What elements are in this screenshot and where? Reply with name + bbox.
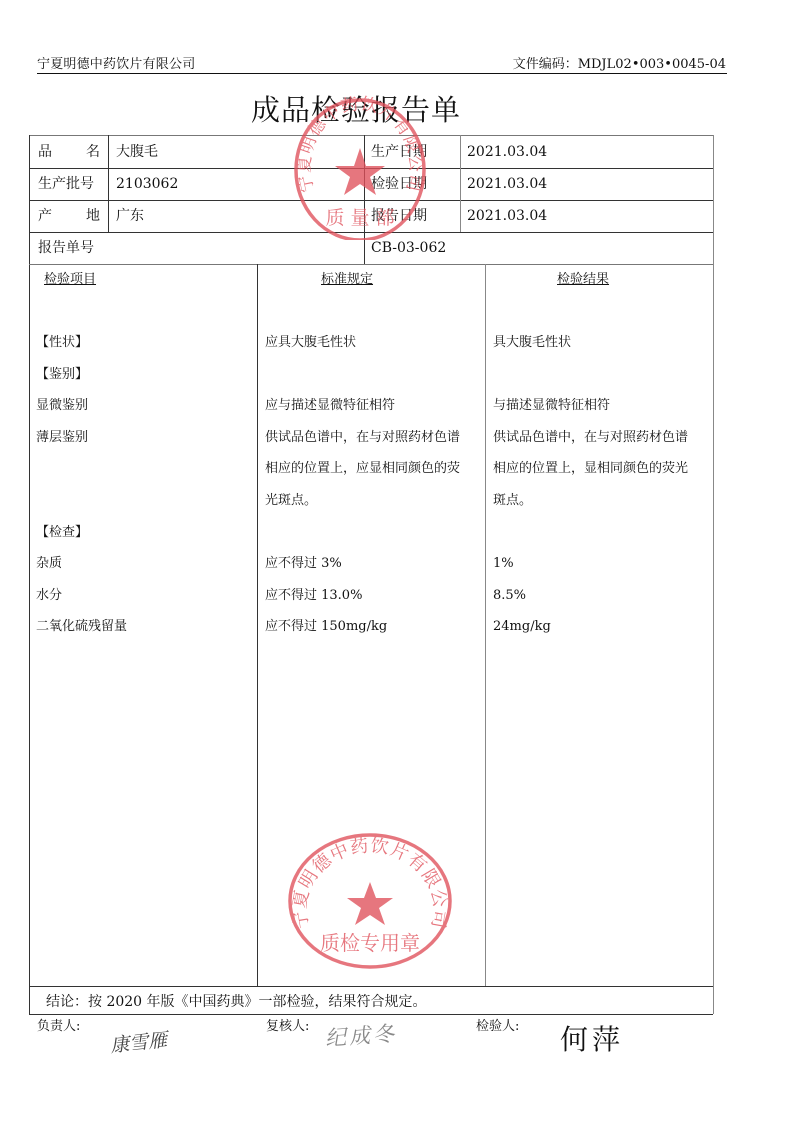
inspector-signature: 何萍 (560, 1018, 624, 1058)
reviewer-signature: 纪成冬 (324, 1018, 398, 1053)
result-row-standard: 应具大腹毛性状 (265, 333, 356, 353)
result-row-result: 8.5% (493, 586, 526, 606)
result-row-standard: 应不得过 3% (265, 554, 342, 574)
page-title: 成品检验报告单 (0, 88, 712, 129)
report-no-label: 报告单号 (38, 238, 94, 258)
batch-value: 2103062 (116, 174, 178, 194)
result-row-standard: 应与描述显微特征相符 (265, 396, 395, 416)
result-row-standard: 应不得过 150mg/kg (265, 617, 387, 637)
result-row-result: 24mg/kg (493, 617, 551, 637)
result-row-result: 1% (493, 554, 514, 574)
svg-text:宁夏明德中药饮片有限公司: 宁夏明德中药饮片有限公司 (289, 835, 450, 930)
origin-value: 广东 (116, 206, 144, 226)
responsible-label: 负责人: (37, 1017, 80, 1037)
result-row-standard: 光斑点。 (265, 491, 317, 511)
result-row-item: 【性状】 (36, 333, 88, 353)
report-date-value: 2021.03.04 (467, 206, 547, 226)
result-row-item: 薄层鉴别 (36, 428, 88, 448)
inspection-date-label: 检验日期 (371, 174, 427, 194)
batch-label: 生产批号 (38, 174, 94, 194)
result-row-item: 二氧化硫残留量 (36, 617, 127, 637)
result-row-item: 【检查】 (36, 523, 88, 543)
inspector-label: 检验人: (476, 1017, 519, 1037)
result-row-result: 具大腹毛性状 (493, 333, 571, 353)
result-row-standard: 供试品色谱中，在与对照药材色谱 (265, 428, 460, 448)
document-code: 文件编码：MDJL02•003•0045-04 (513, 53, 726, 72)
conclusion: 结论：按 2020 年版《中国药典》一部检验，结果符合规定。 (46, 992, 427, 1012)
result-row-result: 相应的位置上，显相同颜色的荧光 (493, 459, 688, 479)
result-row-result: 与描述显微特征相符 (493, 396, 610, 416)
production-date-value: 2021.03.04 (467, 142, 547, 162)
result-row-standard: 相应的位置上，应显相同颜色的荧 (265, 459, 460, 479)
result-row-item: 杂质 (36, 554, 62, 574)
origin-label: 产地 (38, 206, 100, 226)
result-row-result: 斑点。 (493, 491, 532, 511)
company-name: 宁夏明德中药饮片有限公司 (37, 53, 195, 72)
report-date-label: 报告日期 (371, 206, 427, 226)
header-test-item: 检验项目 (44, 270, 96, 290)
result-row-standard: 应不得过 13.0% (265, 586, 362, 606)
header-standard: 标准规定 (321, 270, 373, 290)
header-divider (37, 73, 727, 74)
result-row-item: 水分 (36, 586, 62, 606)
production-date-label: 生产日期 (371, 142, 427, 162)
quality-check-seal-icon: 宁夏明德中药饮片有限公司 质检专用章 (285, 830, 455, 972)
svg-text:质检专用章: 质检专用章 (320, 931, 420, 955)
reviewer-label: 复核人: (266, 1017, 309, 1037)
result-row-result: 供试品色谱中，在与对照药材色谱 (493, 428, 688, 448)
product-name-value: 大腹毛 (116, 142, 158, 162)
result-row-item: 显微鉴别 (36, 396, 88, 416)
report-no-value: CB-03-062 (371, 238, 446, 258)
inspection-date-value: 2021.03.04 (467, 174, 547, 194)
responsible-signature: 康雪雁 (109, 1025, 169, 1058)
result-row-item: 【鉴别】 (36, 365, 88, 385)
product-name-label: 品名 (38, 142, 100, 162)
header-result: 检验结果 (557, 270, 609, 290)
